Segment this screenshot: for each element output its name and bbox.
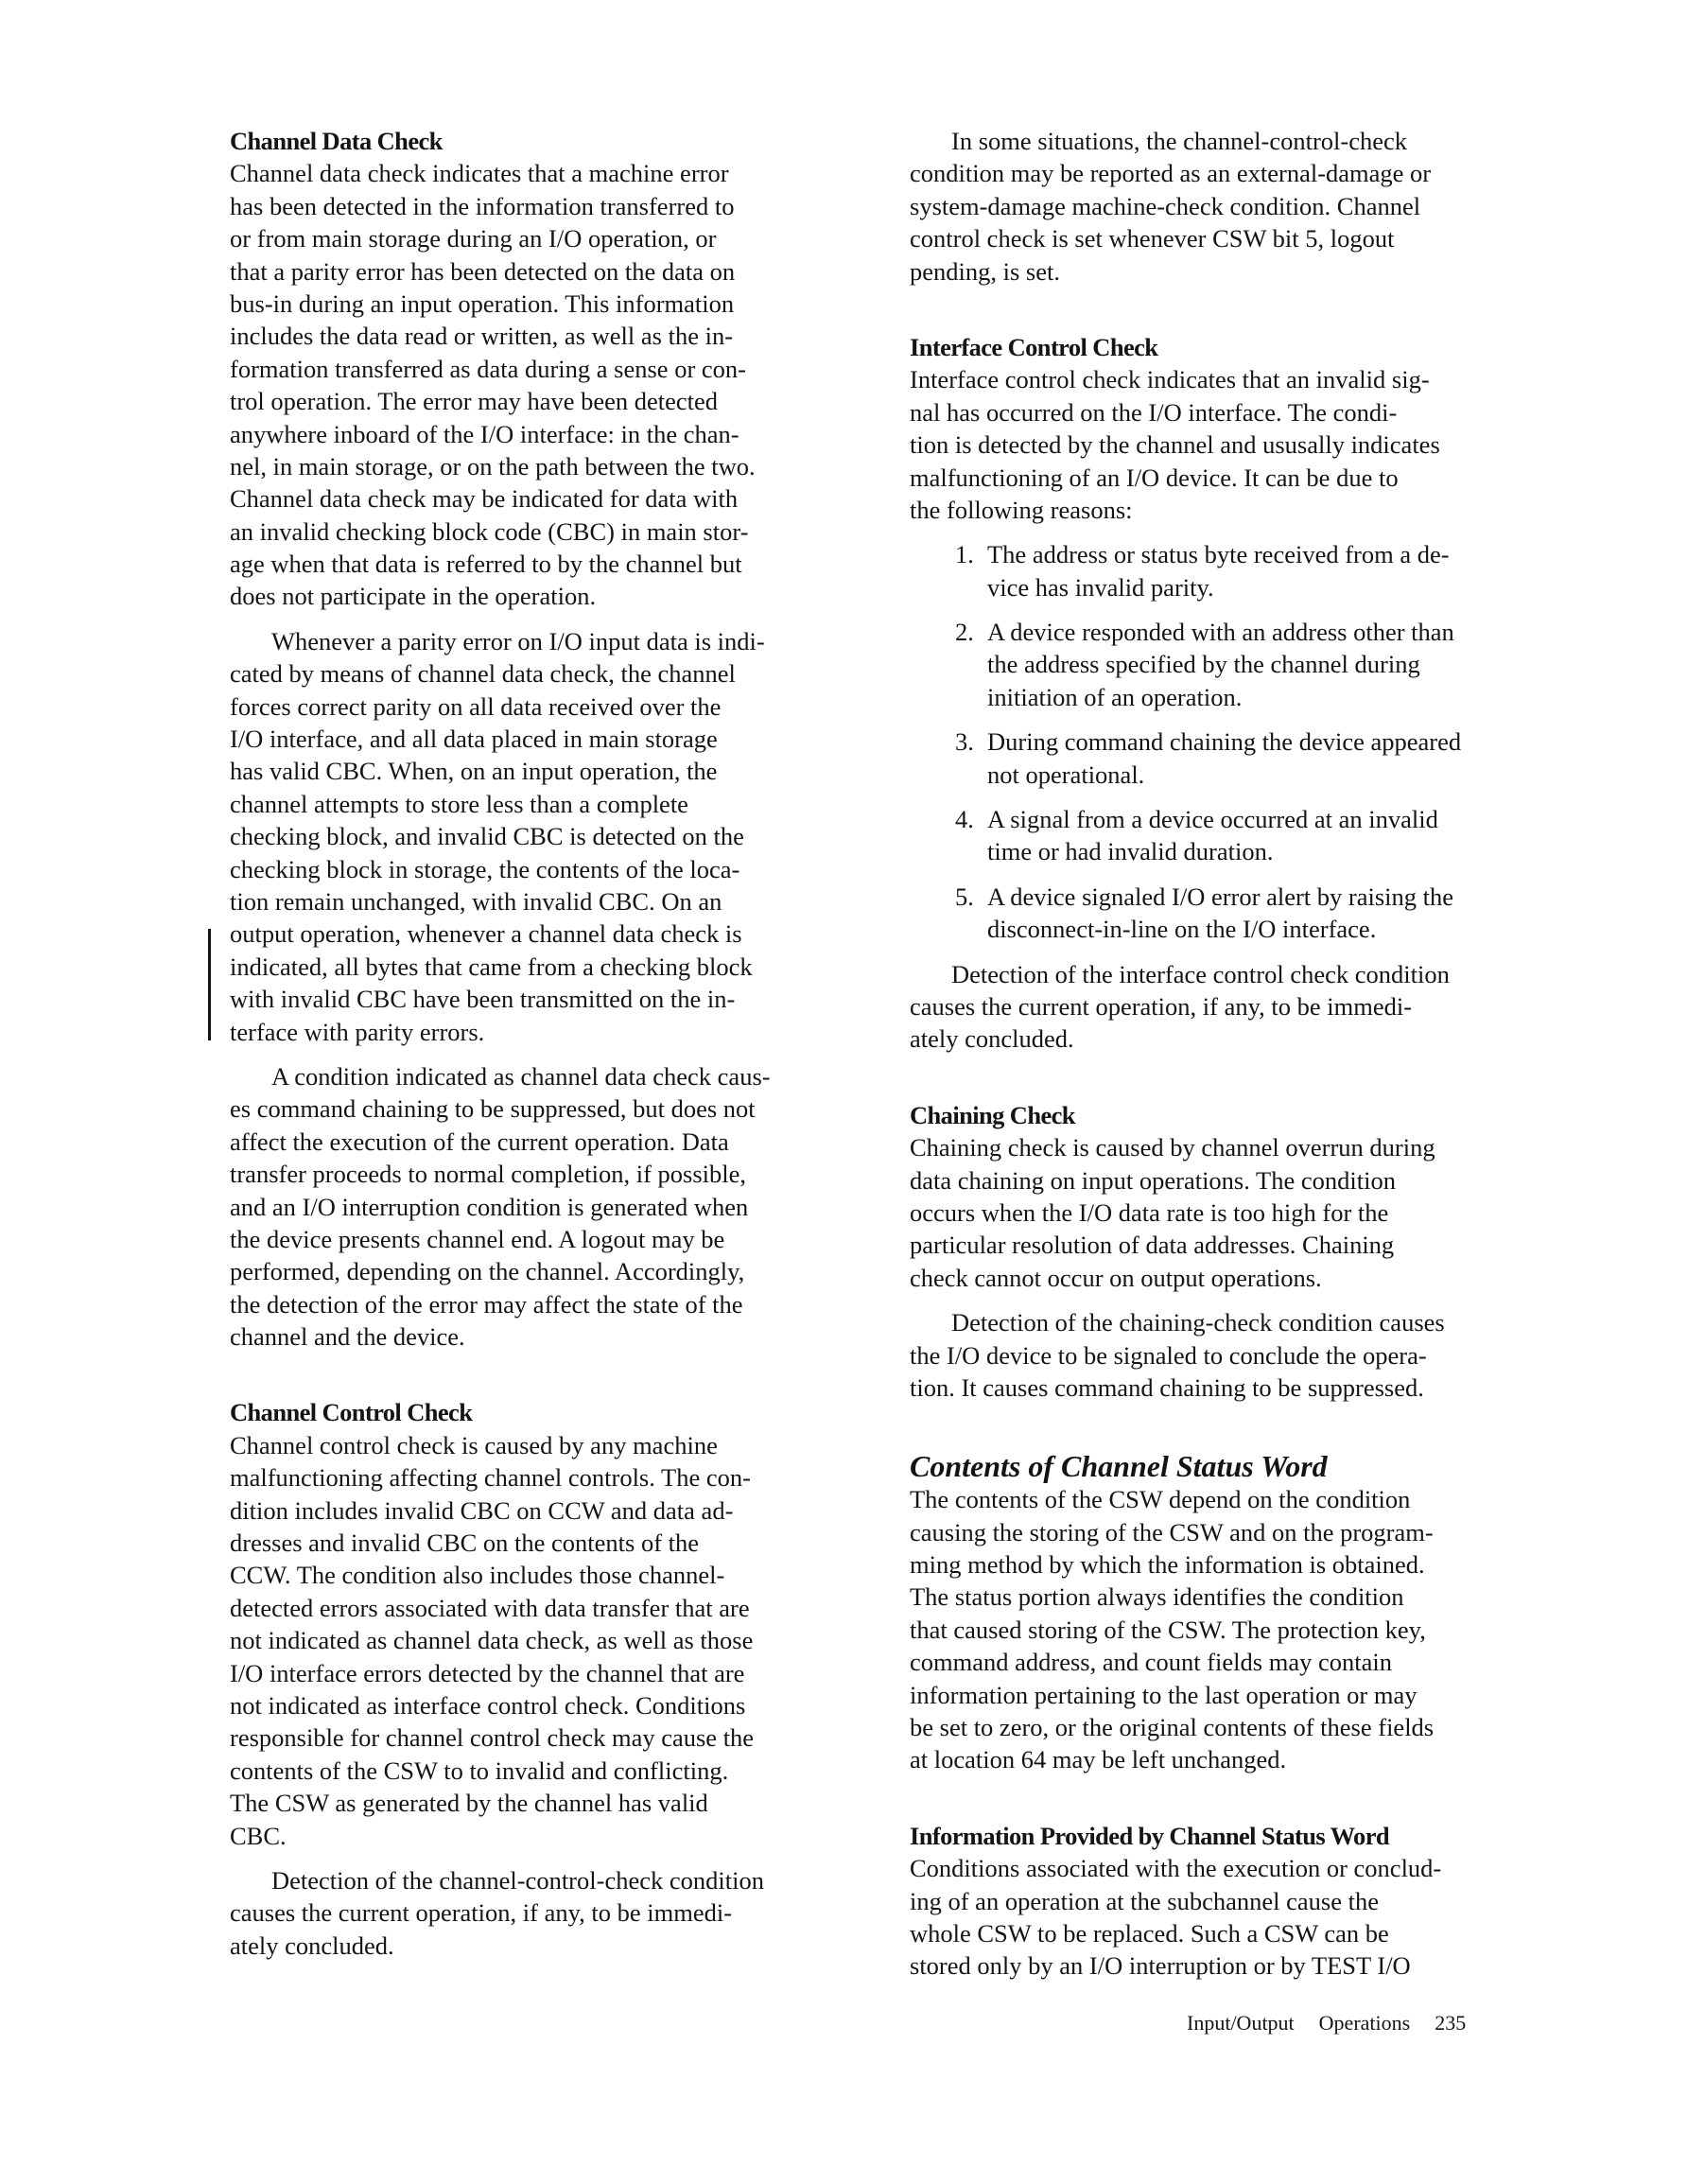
text-line: The address or status byte received from… — [987, 540, 1450, 568]
text-line: performed, depending on the channel. Acc… — [230, 1255, 882, 1287]
paragraph: Detection of the chaining-check conditio… — [910, 1306, 1562, 1404]
text-line: not indicated as interface control check… — [230, 1689, 882, 1721]
text-line: I/O interface errors detected by the cha… — [230, 1657, 882, 1689]
text-line: ately concluded. — [230, 1930, 882, 1962]
text-line: tion is detected by the channel and usus… — [910, 428, 1562, 461]
text-line: indicated, all bytes that came from a ch… — [230, 951, 882, 983]
text-line: that a parity error has been detected on… — [230, 255, 882, 288]
text-line: es command chaining to be suppressed, bu… — [230, 1092, 882, 1125]
text-line: not indicated as channel data check, as … — [230, 1624, 882, 1656]
heading-chaining-check: Chaining Check — [910, 1099, 1562, 1131]
text-line: with invalid CBC have been transmitted o… — [230, 983, 882, 1015]
text-line: malfunctioning of an I/O device. It can … — [910, 462, 1562, 494]
text-line: the I/O device to be signaled to conclud… — [910, 1339, 1562, 1372]
revision-change-bar — [208, 929, 211, 1040]
text-line: malfunctioning affecting channel control… — [230, 1461, 882, 1494]
text-line: I/O interface, and all data placed in ma… — [230, 723, 882, 755]
text-line: formation transferred as data during a s… — [230, 353, 882, 385]
text-line: condition may be reported as an external… — [910, 157, 1562, 189]
page-footer: Input/OutputOperations235 — [1187, 2011, 1466, 2035]
text-line: tion. It causes command chaining to be s… — [910, 1372, 1562, 1404]
list-number: 4. — [955, 803, 987, 835]
text-line: that caused storing of the CSW. The prot… — [910, 1614, 1562, 1646]
list-item: 2.A device responded with an address oth… — [910, 616, 1562, 713]
text-line: responsible for channel control check ma… — [230, 1721, 882, 1754]
left-column: Channel Data Check Channel data check in… — [230, 125, 882, 1962]
section-channel-control-check: Channel Control Check Channel control ch… — [230, 1396, 882, 1962]
text-line: check cannot occur on output operations. — [910, 1262, 1562, 1294]
page-number: 235 — [1435, 2011, 1466, 2035]
text-line: has valid CBC. When, on an input operati… — [230, 755, 882, 787]
text-line: Detection of the chaining-check conditio… — [910, 1306, 1562, 1338]
text-line: ing of an operation at the subchannel ca… — [910, 1885, 1562, 1917]
text-line: A condition indicated as channel data ch… — [230, 1060, 882, 1092]
paragraph: Whenever a parity error on I/O input dat… — [230, 625, 882, 1048]
text-line: time or had invalid duration. — [910, 835, 1562, 867]
list-number: 1. — [955, 538, 987, 570]
text-line: occurs when the I/O data rate is too hig… — [910, 1197, 1562, 1229]
text-line: contents of the CSW to to invalid and co… — [230, 1755, 882, 1787]
text-line: In some situations, the channel-control-… — [910, 125, 1562, 157]
right-column: In some situations, the channel-control-… — [910, 125, 1562, 1983]
list-item: 3.During command chaining the device app… — [910, 725, 1562, 791]
paragraph: Conditions associated with the execution… — [910, 1852, 1562, 1983]
heading-information-provided: Information Provided by Channel Status W… — [910, 1820, 1562, 1852]
paragraph: Channel data check indicates that a mach… — [230, 157, 882, 612]
text-line: anywhere inboard of the I/O interface: i… — [230, 418, 882, 450]
text-line: the detection of the error may affect th… — [230, 1288, 882, 1320]
text-line: at location 64 may be left unchanged. — [910, 1743, 1562, 1775]
text-line: control check is set whenever CSW bit 5,… — [910, 222, 1562, 254]
text-line: CBC. — [230, 1820, 882, 1852]
text-line: dition includes invalid CBC on CCW and d… — [230, 1494, 882, 1527]
text-line: terface with parity errors. — [230, 1016, 882, 1048]
footer-section-title-word1: Input/Output — [1187, 2011, 1295, 2035]
text-line: vice has invalid parity. — [910, 571, 1562, 603]
text-line: channel and the device. — [230, 1320, 882, 1353]
text-line: Chaining check is caused by channel over… — [910, 1131, 1562, 1163]
paragraph: The contents of the CSW depend on the co… — [910, 1483, 1562, 1776]
paragraph: Detection of the channel-control-check c… — [230, 1864, 882, 1962]
text-line: The CSW as generated by the channel has … — [230, 1787, 882, 1819]
text-line: checking block in storage, the contents … — [230, 853, 882, 885]
text-line: information pertaining to the last opera… — [910, 1679, 1562, 1711]
text-line: output operation, whenever a channel dat… — [230, 917, 882, 950]
heading-contents-of-channel-status-word: Contents of Channel Status Word — [910, 1447, 1562, 1483]
text-line: system-damage machine-check condition. C… — [910, 190, 1562, 222]
text-line: cated by means of channel data check, th… — [230, 657, 882, 690]
text-line: does not participate in the operation. — [230, 580, 882, 612]
text-line: The contents of the CSW depend on the co… — [910, 1483, 1562, 1515]
text-line: causes the current operation, if any, to… — [910, 990, 1562, 1022]
text-line: data chaining on input operations. The c… — [910, 1164, 1562, 1197]
text-line: the device presents channel end. A logou… — [230, 1223, 882, 1255]
paragraph: In some situations, the channel-control-… — [910, 125, 1562, 288]
text-line: A device responded with an address other… — [987, 618, 1454, 646]
list-number: 2. — [955, 616, 987, 648]
text-line: Channel control check is caused by any m… — [230, 1429, 882, 1461]
text-line: an invalid checking block code (CBC) in … — [230, 515, 882, 548]
footer-section-title-word2: Operations — [1319, 2011, 1411, 2035]
text-line: causes the current operation, if any, to… — [230, 1896, 882, 1929]
text-line: causing the storing of the CSW and on th… — [910, 1516, 1562, 1548]
heading-channel-data-check: Channel Data Check — [230, 125, 882, 157]
text-line: not operational. — [910, 759, 1562, 791]
text-line: checking block, and invalid CBC is detec… — [230, 820, 882, 852]
text-line: ately concluded. — [910, 1022, 1562, 1055]
text-line: During command chaining the device appea… — [987, 727, 1461, 756]
text-line: transfer proceeds to normal completion, … — [230, 1158, 882, 1190]
list-number: 3. — [955, 725, 987, 758]
text-line: The status portion always identifies the… — [910, 1581, 1562, 1613]
text-line: A signal from a device occurred at an in… — [987, 805, 1438, 833]
paragraph: Detection of the interface control check… — [910, 958, 1562, 1056]
text-line: particular resolution of data addresses.… — [910, 1229, 1562, 1261]
text-line: Conditions associated with the execution… — [910, 1852, 1562, 1884]
section-contents-of-csw: Contents of Channel Status Word The cont… — [910, 1447, 1562, 1776]
reasons-list: 1.The address or status byte received fr… — [910, 538, 1562, 945]
text-line: disconnect-in-line on the I/O interface. — [910, 913, 1562, 945]
text-line: or from main storage during an I/O opera… — [230, 222, 882, 254]
section-interface-control-check: Interface Control Check Interface contro… — [910, 331, 1562, 1056]
heading-channel-control-check: Channel Control Check — [230, 1396, 882, 1428]
text-line: and an I/O interruption condition is gen… — [230, 1191, 882, 1223]
list-item: 1.The address or status byte received fr… — [910, 538, 1562, 603]
heading-interface-control-check: Interface Control Check — [910, 331, 1562, 363]
text-line: Whenever a parity error on I/O input dat… — [230, 625, 882, 657]
text-line: Detection of the interface control check… — [910, 958, 1562, 990]
text-line: Channel data check indicates that a mach… — [230, 157, 882, 189]
text-line: Channel data check may be indicated for … — [230, 482, 882, 515]
text-line: bus-in during an input operation. This i… — [230, 288, 882, 320]
paragraph: Chaining check is caused by channel over… — [910, 1131, 1562, 1294]
text-line: Interface control check indicates that a… — [910, 363, 1562, 395]
text-line: the address specified by the channel dur… — [910, 648, 1562, 680]
list-number: 5. — [955, 881, 987, 913]
list-item: 5.A device signaled I/O error alert by r… — [910, 881, 1562, 946]
text-line: has been detected in the information tra… — [230, 190, 882, 222]
text-line: stored only by an I/O interruption or by… — [910, 1949, 1562, 1982]
section-chaining-check: Chaining Check Chaining check is caused … — [910, 1099, 1562, 1405]
section-information-provided-by-csw: Information Provided by Channel Status W… — [910, 1820, 1562, 1983]
text-line: nal has occurred on the I/O interface. T… — [910, 396, 1562, 428]
text-line: CCW. The condition also includes those c… — [230, 1559, 882, 1591]
text-line: channel attempts to store less than a co… — [230, 788, 882, 820]
text-line: Detection of the channel-control-check c… — [230, 1864, 882, 1896]
text-line: A device signaled I/O error alert by rai… — [987, 882, 1453, 911]
text-line: nel, in main storage, or on the path bet… — [230, 450, 882, 482]
paragraph: Channel control check is caused by any m… — [230, 1429, 882, 1852]
section-channel-data-check: Channel Data Check Channel data check in… — [230, 125, 882, 1353]
text-line: age when that data is referred to by the… — [230, 548, 882, 580]
text-line: detected errors associated with data tra… — [230, 1592, 882, 1624]
text-line: the following reasons: — [910, 494, 1562, 526]
text-line: tion remain unchanged, with invalid CBC.… — [230, 885, 882, 917]
text-line: pending, is set. — [910, 255, 1562, 288]
text-line: initiation of an operation. — [910, 681, 1562, 713]
text-line: includes the data read or written, as we… — [230, 320, 882, 352]
text-line: whole CSW to be replaced. Such a CSW can… — [910, 1917, 1562, 1949]
list-item: 4.A signal from a device occurred at an … — [910, 803, 1562, 868]
text-line: trol operation. The error may have been … — [230, 385, 882, 417]
text-line: ming method by which the information is … — [910, 1548, 1562, 1581]
text-line: dresses and invalid CBC on the contents … — [230, 1527, 882, 1559]
text-line: affect the execution of the current oper… — [230, 1126, 882, 1158]
text-line: forces correct parity on all data receiv… — [230, 690, 882, 723]
paragraph: A condition indicated as channel data ch… — [230, 1060, 882, 1354]
paragraph: Interface control check indicates that a… — [910, 363, 1562, 526]
text-line: command address, and count fields may co… — [910, 1646, 1562, 1678]
text-line: be set to zero, or the original contents… — [910, 1711, 1562, 1743]
